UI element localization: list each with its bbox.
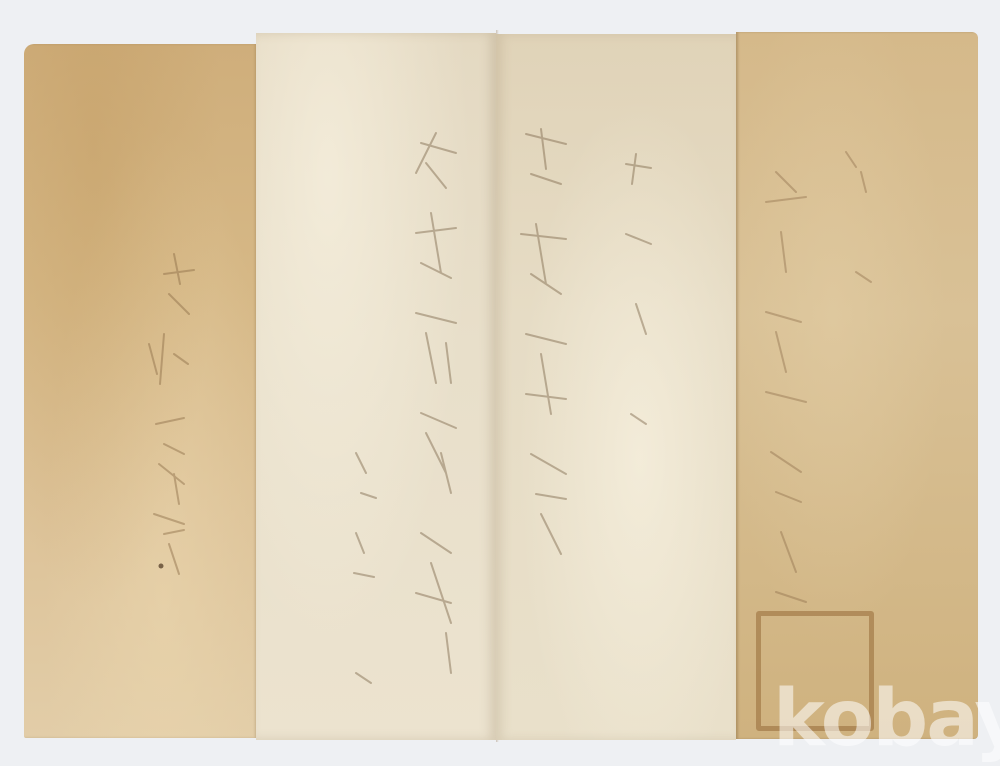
brush-writing-column [24,44,257,738]
paper-panel-center-left [256,33,496,740]
watermark-logo: kobay [773,680,1000,758]
brush-writing-column [256,33,496,740]
paper-panel-right [736,32,978,739]
brush-writing-column [496,34,736,740]
paper-panel-left [24,44,257,738]
paper-document [22,30,978,742]
paper-panel-center-right [496,34,736,740]
